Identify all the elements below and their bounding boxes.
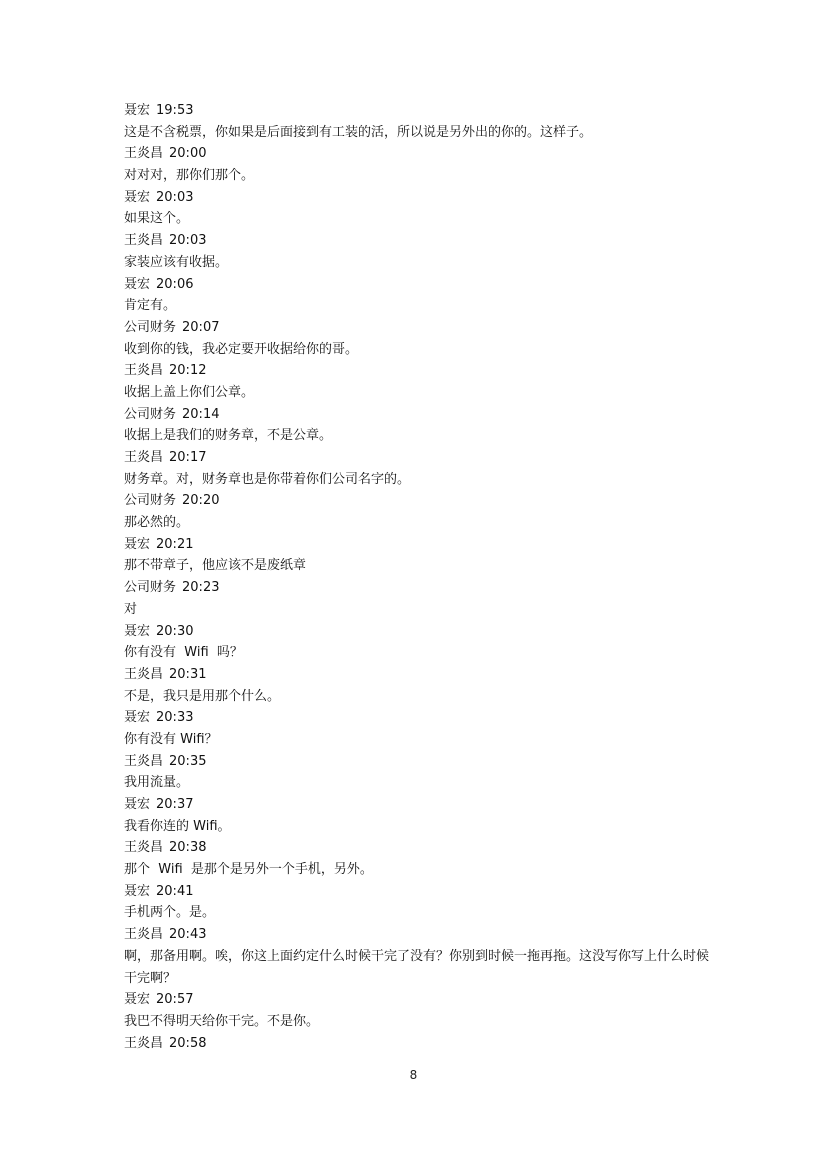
- speaker-name: 王炎昌: [124, 233, 163, 248]
- speaker-line: 王炎昌20:38: [124, 837, 714, 859]
- speaker-name: 聂宏: [124, 624, 150, 639]
- speaker-line: 王炎昌20:03: [124, 230, 714, 252]
- timestamp: 20:07: [182, 320, 219, 335]
- timestamp: 20:41: [156, 884, 193, 899]
- speaker-line: 公司财务20:23: [124, 577, 714, 599]
- speaker-line: 聂宏20:37: [124, 794, 714, 816]
- timestamp: 20:43: [169, 927, 206, 942]
- speaker-line: 王炎昌20:17: [124, 447, 714, 469]
- speaker-line: 聂宏20:41: [124, 881, 714, 903]
- utterance-text: 对对对，那你们那个。: [124, 165, 714, 187]
- speaker-line: 王炎昌20:00: [124, 143, 714, 165]
- speaker-line: 聂宏20:33: [124, 707, 714, 729]
- timestamp: 20:58: [169, 1036, 206, 1051]
- speaker-name: 王炎昌: [124, 1036, 163, 1051]
- utterance-text: 我看你连的 Wifi。: [124, 816, 714, 838]
- speaker-line: 聂宏20:03: [124, 187, 714, 209]
- timestamp: 20:23: [182, 580, 219, 595]
- speaker-line: 聂宏19:53: [124, 100, 714, 122]
- timestamp: 20:33: [156, 710, 193, 725]
- timestamp: 20:30: [156, 624, 193, 639]
- timestamp: 20:14: [182, 407, 219, 422]
- speaker-line: 聂宏20:06: [124, 274, 714, 296]
- timestamp: 19:53: [156, 103, 193, 118]
- speaker-line: 聂宏20:57: [124, 989, 714, 1011]
- speaker-name: 聂宏: [124, 797, 150, 812]
- speaker-name: 聂宏: [124, 537, 150, 552]
- speaker-name: 聂宏: [124, 277, 150, 292]
- speaker-line: 聂宏20:21: [124, 534, 714, 556]
- document-page: 聂宏19:53 这是不含税票，你如果是后面接到有工装的活，所以说是另外出的你的。…: [124, 100, 714, 1054]
- speaker-line: 聂宏20:30: [124, 621, 714, 643]
- timestamp: 20:00: [169, 146, 206, 161]
- utterance-text: 收据上盖上你们公章。: [124, 382, 714, 404]
- speaker-name: 聂宏: [124, 884, 150, 899]
- utterance-text: 你有没有 Wifi？: [124, 729, 714, 751]
- speaker-line: 公司财务20:14: [124, 404, 714, 426]
- speaker-name: 公司财务: [124, 320, 176, 335]
- speaker-name: 王炎昌: [124, 840, 163, 855]
- speaker-name: 公司财务: [124, 407, 176, 422]
- timestamp: 20:35: [169, 754, 206, 769]
- speaker-name: 聂宏: [124, 992, 150, 1007]
- utterance-text: 啊，那备用啊。唉，你这上面约定什么时候干完了没有？你别到时候一拖再拖。这没写你写…: [124, 946, 714, 989]
- utterance-text: 收据上是我们的财务章，不是公章。: [124, 425, 714, 447]
- utterance-text: 那不带章子，他应该不是废纸章: [124, 555, 714, 577]
- speaker-name: 王炎昌: [124, 146, 163, 161]
- page-number: 8: [0, 1068, 827, 1082]
- utterance-text: 这是不含税票，你如果是后面接到有工装的活，所以说是另外出的你的。这样子。: [124, 122, 714, 144]
- speaker-line: 公司财务20:07: [124, 317, 714, 339]
- utterance-text: 手机两个。是。: [124, 902, 714, 924]
- timestamp: 20:06: [156, 277, 193, 292]
- timestamp: 20:03: [156, 190, 193, 205]
- speaker-line: 王炎昌20:35: [124, 751, 714, 773]
- utterance-text: 那个 Wifi 是那个是另外一个手机，另外。: [124, 859, 714, 881]
- timestamp: 20:57: [156, 992, 193, 1007]
- speaker-line: 王炎昌20:31: [124, 664, 714, 686]
- utterance-text: 如果这个。: [124, 208, 714, 230]
- speaker-name: 聂宏: [124, 710, 150, 725]
- timestamp: 20:03: [169, 233, 206, 248]
- timestamp: 20:20: [182, 493, 219, 508]
- speaker-name: 王炎昌: [124, 363, 163, 378]
- utterance-text: 财务章。对，财务章也是你带着你们公司名字的。: [124, 469, 714, 491]
- timestamp: 20:31: [169, 667, 206, 682]
- utterance-text: 肯定有。: [124, 295, 714, 317]
- speaker-name: 公司财务: [124, 493, 176, 508]
- speaker-name: 王炎昌: [124, 754, 163, 769]
- speaker-line: 王炎昌20:12: [124, 360, 714, 382]
- speaker-name: 聂宏: [124, 190, 150, 205]
- utterance-text: 我用流量。: [124, 772, 714, 794]
- speaker-name: 公司财务: [124, 580, 176, 595]
- utterance-text: 那必然的。: [124, 512, 714, 534]
- utterance-text: 收到你的钱，我必定要开收据给你的哥。: [124, 339, 714, 361]
- utterance-text: 不是，我只是用那个什么。: [124, 686, 714, 708]
- speaker-name: 王炎昌: [124, 927, 163, 942]
- speaker-line: 王炎昌20:58: [124, 1033, 714, 1055]
- timestamp: 20:21: [156, 537, 193, 552]
- utterance-text: 你有没有 Wifi 吗？: [124, 642, 714, 664]
- speaker-name: 聂宏: [124, 103, 150, 118]
- speaker-line: 王炎昌20:43: [124, 924, 714, 946]
- speaker-line: 公司财务20:20: [124, 490, 714, 512]
- utterance-text: 对: [124, 599, 714, 621]
- timestamp: 20:12: [169, 363, 206, 378]
- utterance-text: 家装应该有收据。: [124, 252, 714, 274]
- timestamp: 20:38: [169, 840, 206, 855]
- speaker-name: 王炎昌: [124, 450, 163, 465]
- speaker-name: 王炎昌: [124, 667, 163, 682]
- utterance-text: 我巴不得明天给你干完。不是你。: [124, 1011, 714, 1033]
- timestamp: 20:17: [169, 450, 206, 465]
- timestamp: 20:37: [156, 797, 193, 812]
